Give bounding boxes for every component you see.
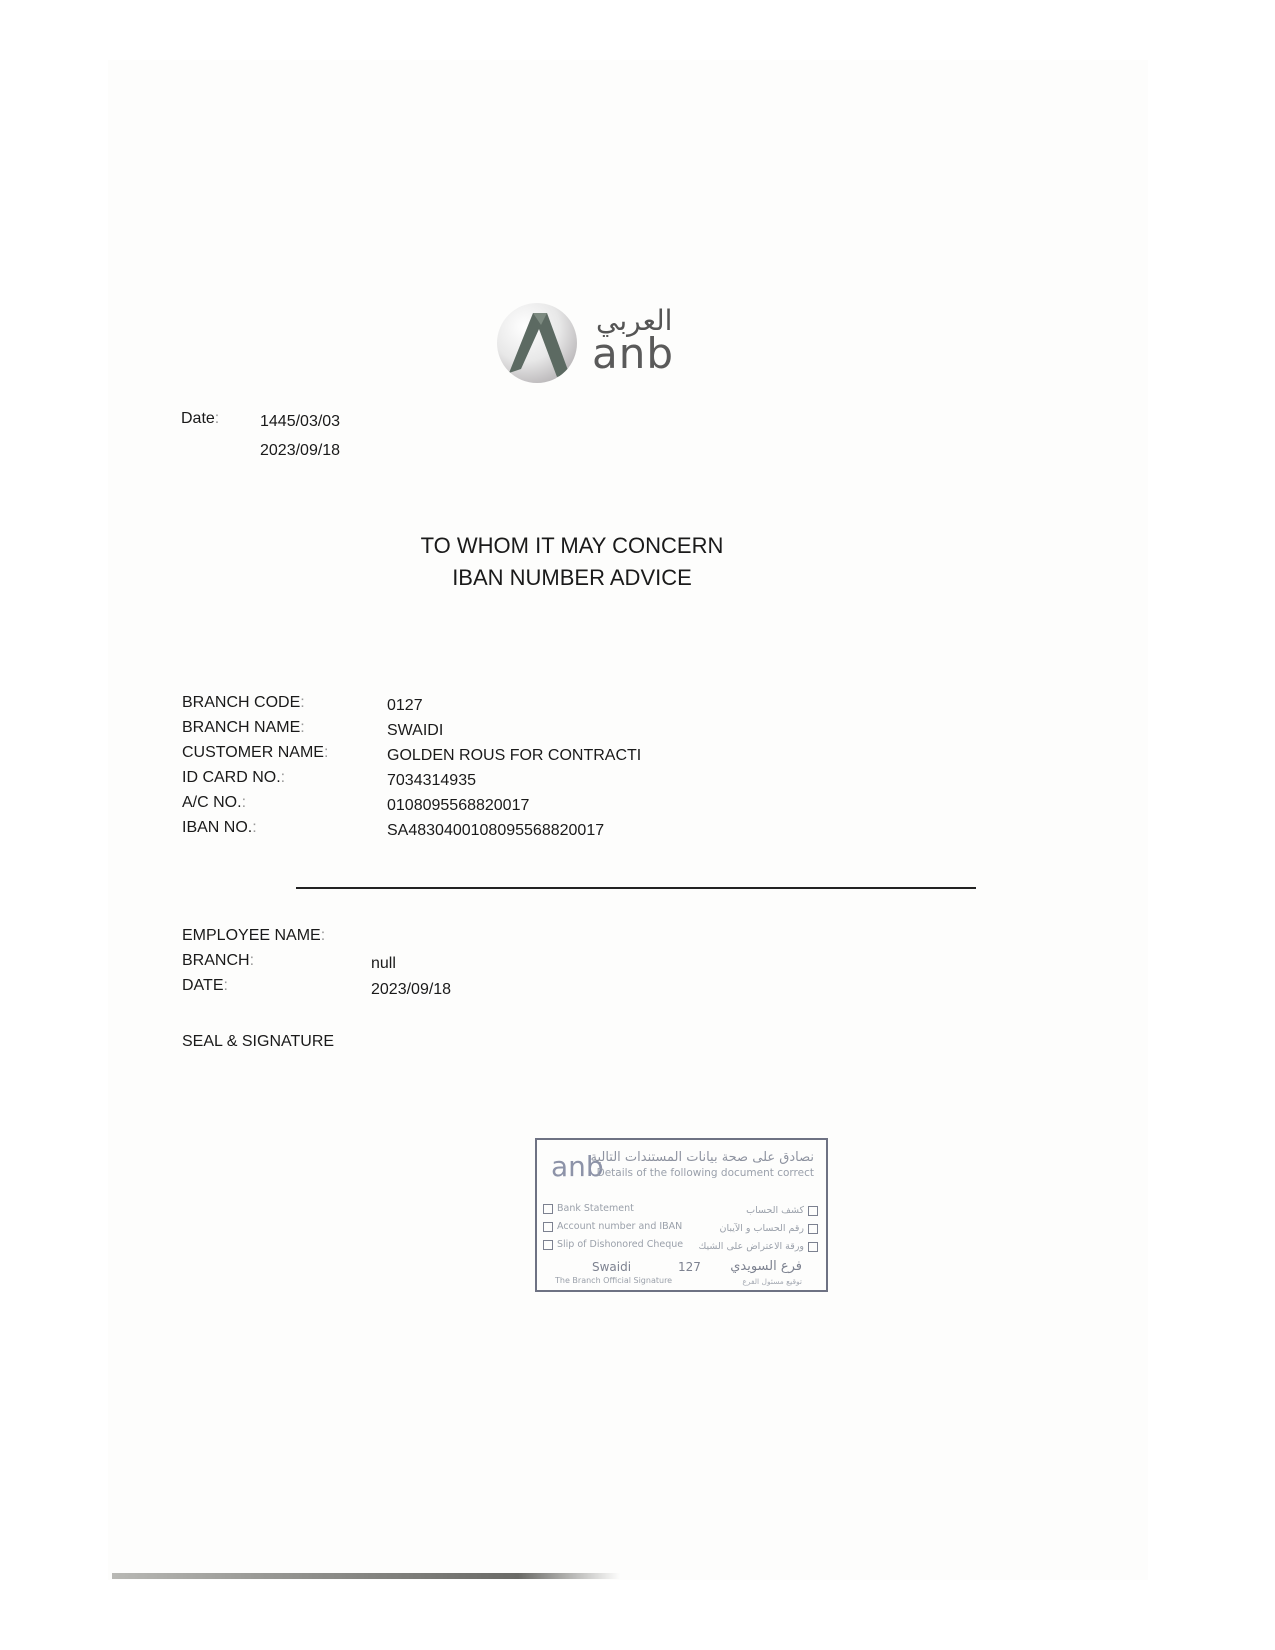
stamp-signature-label: The Branch Official Signature [555, 1276, 672, 1285]
date-hijri: 1445/03/03 [260, 412, 340, 432]
employee-branch-label: BRANCH: [182, 951, 254, 971]
branch-name-value: SWAIDI [387, 721, 443, 741]
heading-line-2: IBAN NUMBER ADVICE [372, 565, 772, 591]
account-number-value: 0108095568820017 [387, 796, 529, 816]
seal-signature-label: SEAL & SIGNATURE [182, 1032, 334, 1052]
stamp-branch-name: Swaidi [592, 1260, 631, 1274]
section-divider [296, 887, 976, 889]
employee-date-label: DATE: [182, 976, 228, 996]
checkbox-icon [543, 1240, 553, 1250]
customer-name-label: CUSTOMER NAME: [182, 743, 328, 763]
stamp-item-ar: ورقة الاعتراض على الشيك [699, 1241, 804, 1252]
employee-date-value: 2023/09/18 [371, 980, 451, 1000]
checkbox-icon [543, 1222, 553, 1232]
stamp-item-dishonored-cheque: Slip of Dishonored Cheque [543, 1239, 683, 1250]
id-card-value: 7034314935 [387, 771, 476, 791]
account-number-label: A/C NO.: [182, 793, 246, 813]
iban-value: SA4830400108095568820017 [387, 821, 604, 841]
stamp-item-bank-statement: Bank Statement [543, 1203, 634, 1214]
customer-name-value: GOLDEN ROUS FOR CONTRACTI [387, 746, 641, 766]
stamp-item-bank-statement-ar: كشف الحساب [746, 1205, 818, 1216]
id-card-label: ID CARD NO.: [182, 768, 285, 788]
employee-branch-value: null [371, 954, 396, 974]
stamp-item-en: Slip of Dishonored Cheque [557, 1239, 683, 1250]
date-gregorian: 2023/09/18 [260, 441, 340, 461]
employee-name-label: EMPLOYEE NAME: [182, 926, 325, 946]
stamp-item-en: Bank Statement [557, 1203, 634, 1214]
bank-stamp: anb نصادق على صحة بيانات المستندات التال… [535, 1138, 828, 1292]
stamp-item-ar: كشف الحساب [746, 1205, 804, 1216]
stamp-item-ar: رقم الحساب و الآيبان [719, 1223, 804, 1234]
anb-logo-emblem-icon [497, 303, 577, 383]
iban-label: IBAN NO.: [182, 818, 257, 838]
stamp-branch-name-arabic: فرع السويدي [730, 1259, 802, 1274]
branch-name-label: BRANCH NAME: [182, 718, 305, 738]
stamp-heading-arabic: نصادق على صحة بيانات المستندات التالية [590, 1150, 814, 1165]
logo-latin-name: anb [592, 333, 674, 375]
stamp-item-en: Account number and IBAN [557, 1221, 682, 1232]
stamp-heading-english: Details of the following document correc… [597, 1167, 814, 1179]
stamp-item-account-iban: Account number and IBAN [543, 1221, 682, 1232]
checkbox-icon [808, 1206, 818, 1216]
date-label: Date: [181, 409, 219, 429]
stamp-item-account-iban-ar: رقم الحساب و الآيبان [719, 1223, 818, 1234]
stamp-branch-code: 127 [678, 1260, 701, 1274]
heading-line-1: TO WHOM IT MAY CONCERN [372, 533, 772, 559]
branch-code-label: BRANCH CODE: [182, 693, 305, 713]
stamp-item-dishonored-cheque-ar: ورقة الاعتراض على الشيك [699, 1241, 818, 1252]
branch-code-value: 0127 [387, 696, 423, 716]
checkbox-icon [543, 1204, 553, 1214]
scanned-paper [108, 60, 1148, 1580]
checkbox-icon [808, 1224, 818, 1234]
paper-edge-shadow [112, 1573, 620, 1579]
stamp-signature-label-arabic: توقيع مسئول الفرع [742, 1277, 802, 1286]
checkbox-icon [808, 1242, 818, 1252]
